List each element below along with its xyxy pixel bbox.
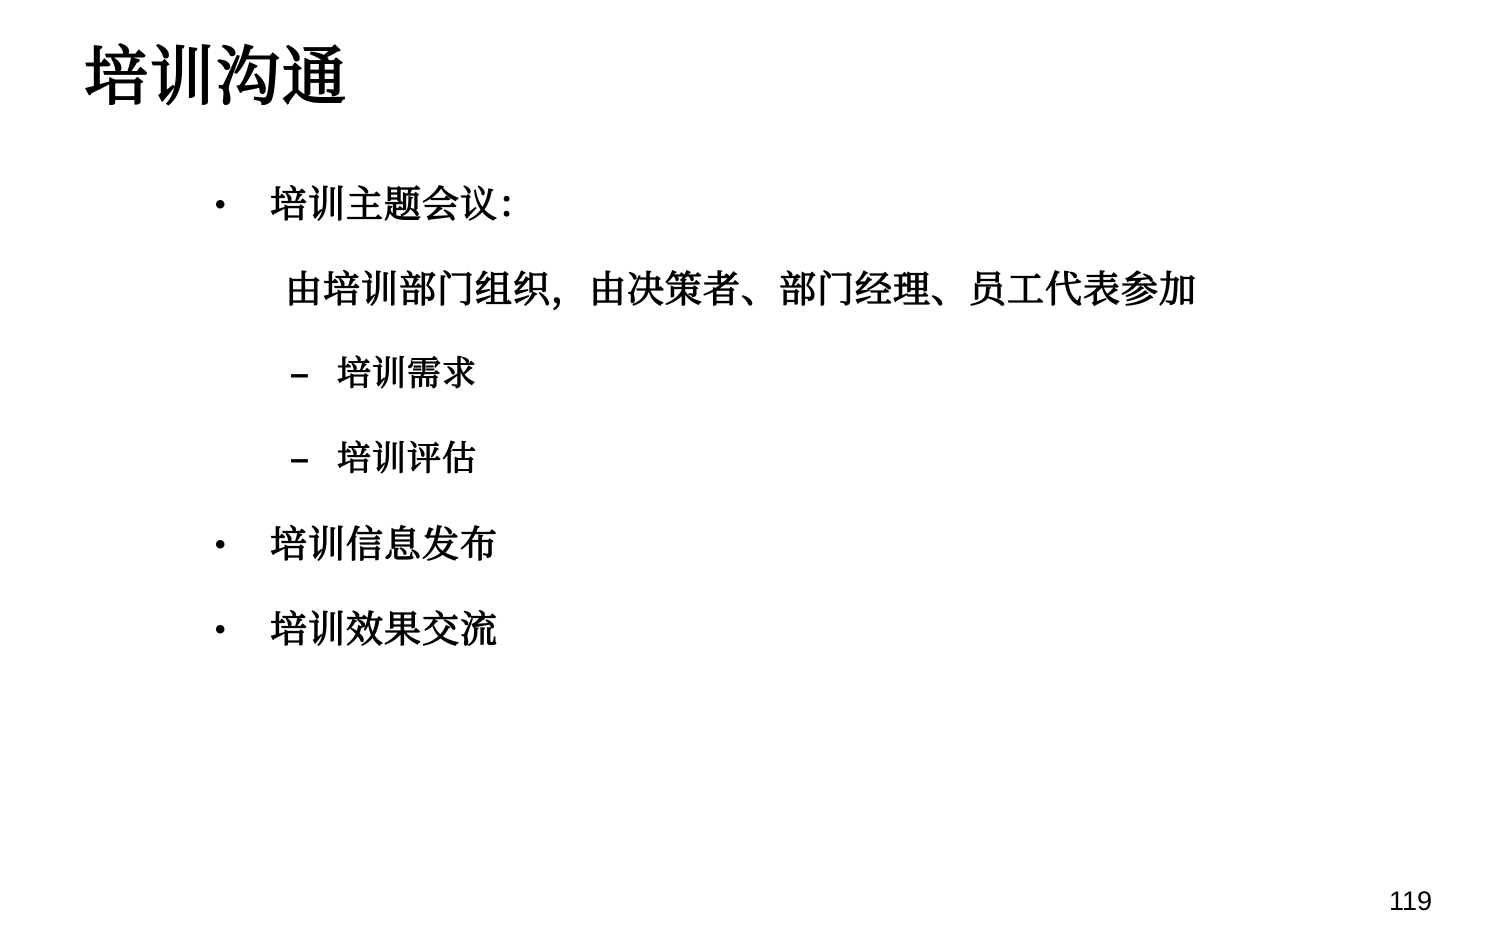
sub-bullet-text: 培训需求	[337, 353, 477, 395]
bullet-text: 培训信息发布	[270, 523, 498, 567]
sub-bullet-item: – 培训需求	[215, 353, 1395, 395]
sub-bullet-text: 培训评估	[337, 438, 477, 480]
sub-bullet-item: – 培训评估	[215, 438, 1395, 480]
bullet-dot-icon: •	[215, 608, 270, 652]
presentation-slide: 培训沟通 • 培训主题会议： 由培训部门组织，由决策者、部门经理、员工代表参加 …	[0, 0, 1500, 937]
slide-title: 培训沟通	[84, 42, 348, 112]
bullet-text: 由培训部门组织，由决策者、部门经理、员工代表参加	[285, 268, 1197, 312]
bullet-item: • 培训主题会议：	[215, 183, 1395, 227]
bullet-dot-icon: •	[215, 523, 270, 567]
dash-icon: –	[290, 353, 337, 395]
bullet-continuation: 由培训部门组织，由决策者、部门经理、员工代表参加	[215, 268, 1395, 312]
bullet-text: 培训主题会议：	[270, 183, 536, 227]
page-number: 119	[1389, 886, 1432, 917]
bullet-text: 培训效果交流	[270, 608, 498, 652]
bullet-dot-icon: •	[215, 183, 270, 227]
bullet-item: • 培训信息发布	[215, 523, 1395, 567]
slide-body: • 培训主题会议： 由培训部门组织，由决策者、部门经理、员工代表参加 – 培训需…	[215, 183, 1395, 693]
bullet-item: • 培训效果交流	[215, 608, 1395, 652]
dash-icon: –	[290, 438, 337, 480]
